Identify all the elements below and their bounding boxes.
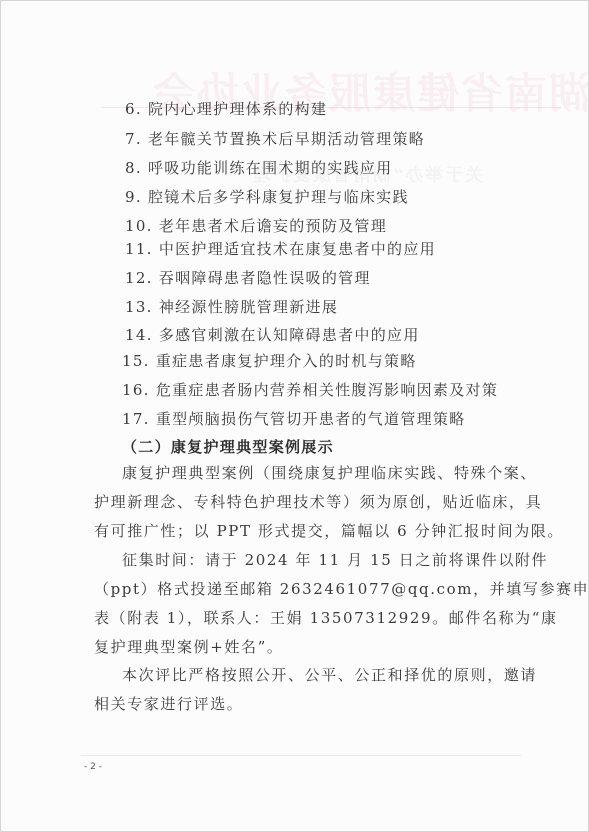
- paragraph-2-line-2: （ppt）格式投递至邮箱 2632461077@qq.com，并填写参赛申报: [94, 580, 589, 598]
- topic-item-15: 15. 重症患者康复护理介入的时机与策略: [122, 352, 417, 370]
- topic-item-13: 13. 神经源性膀胱管理新进展: [125, 298, 338, 316]
- topic-item-17: 17. 重型颅脑损伤气管切开患者的气道管理策略: [122, 410, 466, 428]
- paragraph-2-line-3: 表（附表 1），联系人：王娟 13507312929。邮件名称为“康: [94, 609, 558, 627]
- paragraph-3-line-1: 本次评比严格按照公开、公平、公正和择优的原则，邀请: [122, 666, 537, 684]
- topic-item-7: 7. 老年髋关节置换术后早期活动管理策略: [125, 130, 425, 148]
- page-number: - 2 -: [84, 762, 102, 772]
- paragraph-1-line-3: 有可推广性；以 PPT 形式提交，篇幅以 6 分钟汇报时间为限。: [94, 522, 564, 540]
- topic-item-10: 10. 老年患者术后谵妄的预防及管理: [125, 217, 387, 235]
- section-heading: （二）康复护理典型案例展示: [122, 438, 334, 456]
- bleed-through-footer-rule: [81, 755, 521, 756]
- topic-item-14: 14. 多感官刺激在认知障碍患者中的应用: [125, 326, 420, 344]
- paragraph-2-line-4: 复护理典型案例+姓名”。: [94, 638, 283, 656]
- paragraph-1-line-1: 康复护理典型案例（围绕康复护理临床实践、特殊个案、: [122, 464, 537, 482]
- topic-item-16: 16. 危重症患者肠内营养相关性腹泻影响因素及对策: [122, 381, 498, 399]
- topic-item-11: 11. 中医护理适宜技术在康复患者中的应用: [125, 240, 436, 258]
- paragraph-3-line-2: 相关专家进行评选。: [94, 695, 243, 713]
- topic-item-12: 12. 吞咽障碍患者隐性误吸的管理: [125, 269, 371, 287]
- topic-item-6: 6. 院内心理护理体系的构建: [125, 100, 327, 118]
- topic-item-8: 8. 呼吸功能训练在围术期的实践应用: [125, 159, 392, 177]
- topic-item-9: 9. 腔镜术后多学科康复护理与临床实践: [125, 188, 409, 206]
- paragraph-2-line-1: 征集时间：请于 2024 年 11 月 15 日之前将课件以附件: [122, 551, 548, 569]
- paragraph-1-line-2: 护理新理念、专科特色护理技术等）须为原创，贴近临床，具: [94, 493, 542, 511]
